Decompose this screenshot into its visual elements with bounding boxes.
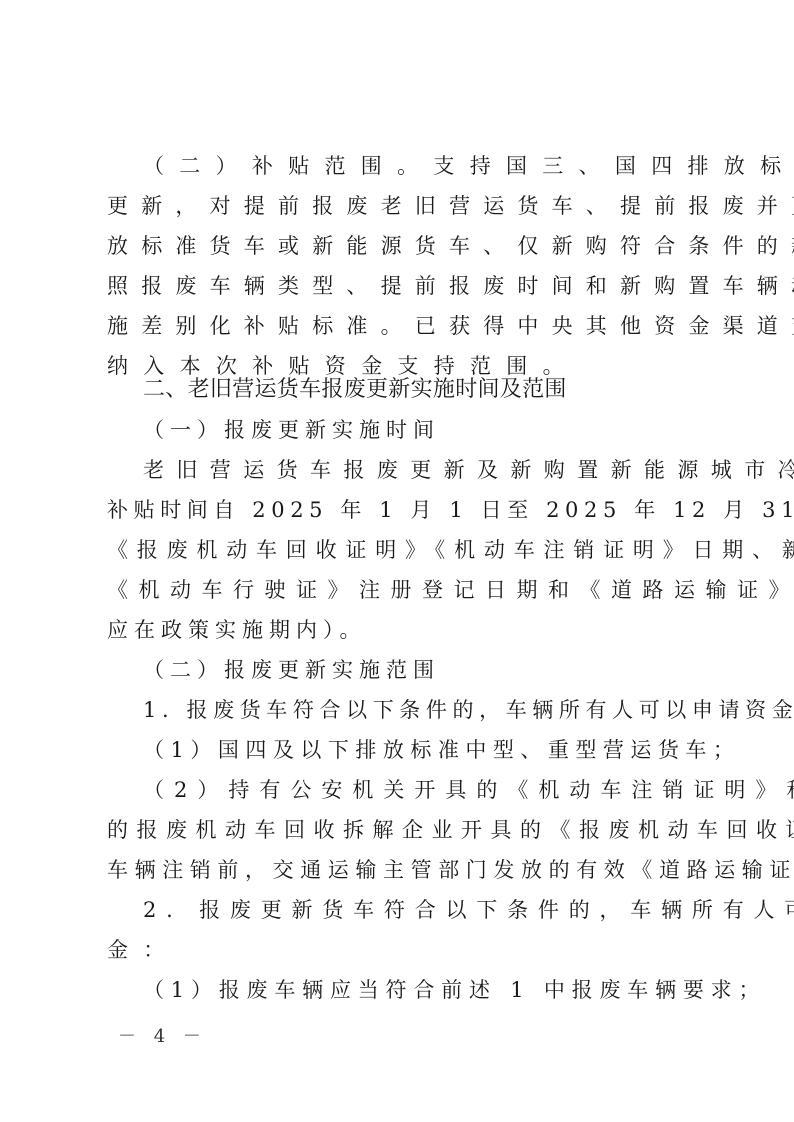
paragraph-line: 照报废车辆类型、提前报废时间和新购置车辆动力类型等，实 [107, 272, 697, 300]
paragraph-line: 金： [107, 936, 697, 964]
subsection-heading-scope: （二）报废更新实施范围 [143, 656, 733, 684]
section-heading: 二、老旧营运货车报废更新实施时间及范围 [143, 376, 733, 404]
page-number: － 4 － [118, 1022, 207, 1048]
list-item-1: 1. 报废货车符合以下条件的，车辆所有人可以申请资金： [143, 696, 733, 724]
paragraph-line: 更新，对提前报废老旧营运货车、提前报废并更新购置国六排 [107, 192, 697, 220]
paragraph-line: 施差别化补贴标准。已获得中央其他资金渠道支持的车辆，不 [107, 312, 697, 340]
subsection-subsidy-scope: （二）补贴范围。支持国三、国四排放标准营运货车报废 [143, 152, 733, 180]
paragraph-line: 《机动车行驶证》注册登记日期和《道路运输证》发放日期均 [107, 576, 697, 604]
paragraph-line: 《报废机动车回收证明》《机动车注销证明》日期、新购置货车 [107, 536, 697, 564]
paragraph-line-dates: 补贴时间自 2025 年 1 月 1 日至 2025 年 12 月 31 日（报… [107, 496, 697, 524]
paragraph-line: 老旧营运货车报废更新及新购置新能源城市冷链配送货车 [143, 456, 733, 484]
list-subitem-2-1: （1）报废车辆应当符合前述 1 中报废车辆要求； [143, 976, 733, 1004]
paragraph-line: 车辆注销前，交通运输主管部门发放的有效《道路运输证》。 [107, 856, 697, 884]
paragraph-line: 的报废机动车回收拆解企业开具的《报废机动车回收证明》，及 [107, 816, 697, 844]
document-page: （二）补贴范围。支持国三、国四排放标准营运货车报废 更新，对提前报废老旧营运货车… [0, 0, 794, 1122]
paragraph-line: 放标准货车或新能源货车、仅新购符合条件的新能源货车，按 [107, 232, 697, 260]
subsection-heading-time: （一）报废更新实施时间 [143, 416, 733, 444]
paragraph-line: 应在政策实施期内）。 [107, 616, 697, 644]
list-subitem-1-2: （2）持有公安机关开具的《机动车注销证明》和具有资质 [143, 776, 733, 804]
list-subitem-1-1: （1）国四及以下排放标准中型、重型营运货车； [143, 736, 733, 764]
list-item-2: 2. 报废更新货车符合以下条件的，车辆所有人可以申请资 [143, 896, 733, 924]
